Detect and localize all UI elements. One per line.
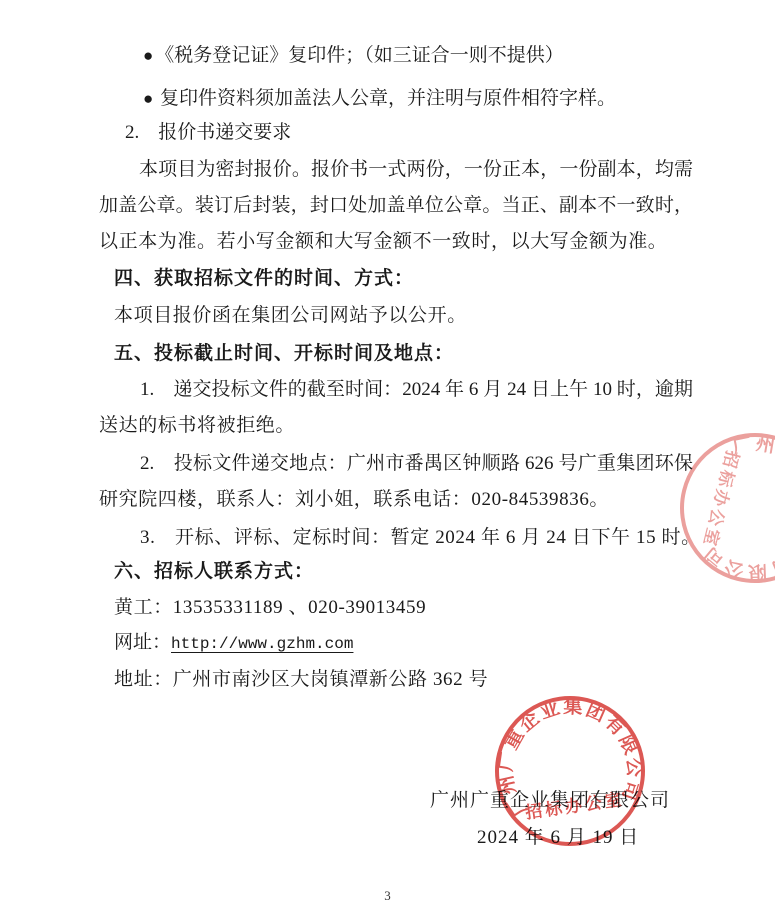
sealed-quote-para-line2: 加盖公章。装订后封装，封口处加盖单位公章。当正、副本不一致时， <box>99 195 693 217</box>
item-2-subheading: 2. 报价书递交要求 <box>99 122 693 144</box>
section-6-heading: 六、招标人联系方式： <box>99 561 693 583</box>
deadline-item-line2: 送达的标书将被拒绝。 <box>99 415 693 437</box>
deadline-item-line1: 1. 递交投标文件的截至时间：2024 年 6 月 24 日上午 10 时，逾期 <box>99 379 693 401</box>
seal-ring-text: 广州广重企业集团有限公司 <box>696 425 775 600</box>
bullet-item-tax-cert: ●《税务登记证》复印件；（如三证合一则不提供） <box>99 45 693 67</box>
website-label: 网址： <box>114 632 171 653</box>
bid-opening-item: 3. 开标、评标、定标时间：暂定 2024 年 6 月 24 日下午 15 时。 <box>99 527 693 549</box>
bullet-icon: ● <box>143 46 153 65</box>
bullet-item-tax-cert-text: 《税务登记证》复印件；（如三证合一则不提供） <box>155 45 564 66</box>
website-line: 网址：http://www.gzhm.com <box>99 632 693 655</box>
contact-phone-line: 黄工：13535331189 、020-39013459 <box>99 597 693 619</box>
bullet-item-copy-seal-text: 复印件资料须加盖法人公章，并注明与原件相符字样。 <box>160 88 616 109</box>
section-5-heading: 五、投标截止时间、开标时间及地点： <box>99 343 693 365</box>
delivery-address-item-line1: 2. 投标文件递交地点：广州市番禺区钟顺路 626 号广重集团环保 <box>99 453 693 475</box>
section-4-heading: 四、获取招标文件的时间、方式： <box>99 268 693 290</box>
sealed-quote-para-line3: 以正本为准。若小写金额和大写金额不一致时，以大写金额为准。 <box>99 231 693 253</box>
section-4-body: 本项目报价函在集团公司网站予以公开。 <box>99 305 693 327</box>
sealed-quote-para-line1: 本项目为密封报价。报价书一式两份，一份正本，一份副本，均需 <box>99 159 693 181</box>
delivery-address-item-line2: 研究院四楼，联系人：刘小姐，联系电话：020-84539836。 <box>99 489 693 511</box>
page-number: 3 <box>0 888 775 904</box>
address-line: 地址：广州市南沙区大岗镇潭新公路 362 号 <box>99 669 693 691</box>
website-url: http://www.gzhm.com <box>171 635 353 653</box>
bullet-icon: ● <box>143 89 153 108</box>
signature-date: 2024 年 6 月 19 日 <box>477 822 639 849</box>
document-page: ●《税务登记证》复印件；（如三证合一则不提供） ● 复印件资料须加盖法人公章，并… <box>0 0 775 920</box>
bullet-item-copy-seal: ● 复印件资料须加盖法人公章，并注明与原件相符字样。 <box>99 88 693 110</box>
seal-center-text: 招标办公室 <box>699 448 743 551</box>
signature-company-name: 广州广重企业集团有限公司 <box>430 785 670 812</box>
